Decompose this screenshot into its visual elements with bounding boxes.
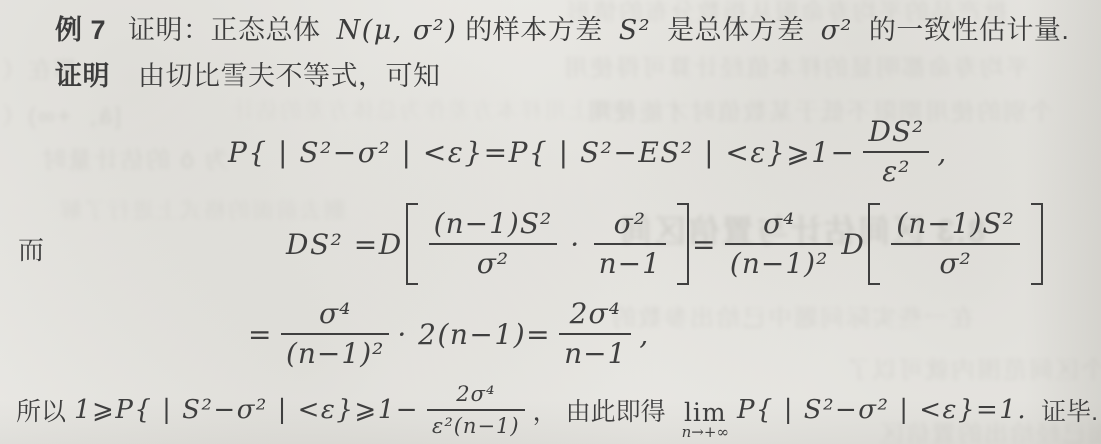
right-bracket [1031,203,1043,285]
proof-label: 证明 [55,61,110,91]
statement-text: 的样本方差 [465,15,603,45]
fraction-2sigma4-over-n1: 2σ⁴ n−1 [559,298,631,370]
fraction-denominator: ε² [863,153,929,188]
formula-lhs: P{ | S²−σ² | <ε}=P{ | S²−ES² | <ε}⩾1− [228,136,855,169]
operator-D: D [841,228,865,261]
limit-result: P{ | S²−σ² | <ε}=1. [737,395,1027,425]
fraction-numerator: 2σ⁴ [427,382,525,411]
connective-er: 而 [18,230,45,267]
fraction-denominator: σ² [891,245,1020,280]
statement-text: 证明：正态总体 [128,15,321,45]
qed-text: 证毕. [1041,392,1098,428]
equals-sign: = [692,228,717,261]
formula-middle: · 2(n−1)= [397,318,551,351]
math-population-variance: σ² [821,15,853,46]
statement-text: 的一致性估计量. [869,15,1070,45]
formula-variance-expansion: DS² =D (n−1)S² σ² · σ² n−1 = σ⁴ (n−1)² D… [286,202,1046,286]
limit-operator: lim n→+∞ [682,398,729,441]
fraction-numerator: DS² [863,116,929,153]
fraction-numerator: 2σ⁴ [559,298,631,335]
formula-head: DS² =D [286,228,403,261]
formula-chebyshev: P{ | S²−σ² | <ε}=P{ | S²−ES² | <ε}⩾1− DS… [228,116,948,188]
fraction-sigma4-over-n1sq: σ⁴ (n−1)² [725,208,833,280]
inequality-chain: 1⩾P{ | S²−σ² | <ε}⩾1− [74,395,419,425]
left-bracket [868,203,880,285]
fraction-numerator: (n−1)S² [429,208,558,245]
fraction-denominator: n−1 [594,245,666,280]
ghost-text: 为 ō 的估计量时 [40,140,229,175]
left-bracket [406,203,418,285]
math-sample-variance: S² [619,15,651,46]
fraction-n1S2-over-sigma2: (n−1)S² σ² [429,208,558,280]
statement-text: 是总体方差 [667,15,805,45]
formula-comma: , [639,318,649,351]
ghost-text: [ā，+∞)（ [0,96,121,131]
proof-text: 由切比雪夫不等式，可知 [138,61,441,91]
fraction-denominator: ε²(n−1) [427,411,525,438]
fraction-denominator: (n−1)² [725,245,833,280]
limit-subscript: n→+∞ [682,423,729,441]
math-normal-population: N(μ, σ²) [337,15,458,46]
hence-text: 由此即得 [566,392,666,428]
formula-continuation: = σ⁴ (n−1)² · 2(n−1)= 2σ⁴ n−1 , [248,298,650,370]
fraction-sigma4-over-n1sq: σ⁴ (n−1)² [281,298,389,370]
fraction-numerator: (n−1)S² [891,208,1020,245]
conclusion-line: 所以 1⩾P{ | S²−σ² | <ε}⩾1− 2σ⁴ ε²(n−1) ， 由… [16,382,1098,438]
fraction-sigma2-over-n1: σ² n−1 [594,208,666,280]
fraction-DS2-over-eps2: DS² ε² [863,116,929,188]
fraction-denominator: (n−1)² [281,335,389,370]
right-bracket [677,203,689,285]
fraction-2sigma4-over-eps2n1: 2σ⁴ ε²(n−1) [427,382,525,438]
connective-text: 而 [18,235,45,265]
textbook-page-scan: { "page": { "background": "#eae9e5", "te… [0,0,1101,444]
fraction-n1S2-over-sigma2: (n−1)S² σ² [891,208,1020,280]
ghost-text: 平均寿命都明显的样本值经计算可得使用 [562,48,1030,83]
fraction-denominator: σ² [429,245,558,280]
fraction-numerator: σ⁴ [725,208,833,245]
fraction-numerator: σ⁴ [281,298,389,335]
formula-comma: , [937,136,947,169]
comma: ， [533,392,558,428]
therefore-text: 所以 [16,392,66,428]
proof-opener-line: 证明 由切比雪夫不等式，可知 [55,54,441,93]
multiplication-dot: · [570,228,580,261]
fraction-denominator: n−1 [559,335,631,370]
example-statement-line: 例 7 证明：正态总体 N(μ, σ²) 的样本方差 S² 是总体方差 σ² 的… [55,8,1069,47]
fraction-numerator: σ² [594,208,666,245]
example-label: 例 7 [55,15,106,45]
ghost-text: 在的某个区间范围内就可以了 [845,350,1101,385]
ghost-text: 在一些实际问题中已给出参数的 [610,298,974,333]
equals-sign: = [248,318,273,351]
